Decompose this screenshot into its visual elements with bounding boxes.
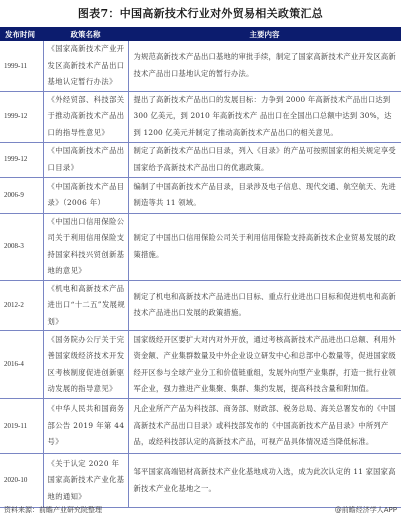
- cell-content: 制定了高新技术产品出口目录，列入《目录》的产品可按照国家的相关规定享受国家给予高…: [128, 142, 401, 177]
- cell-content: 邹平国家高端铝材高新技术产业化基地成功入选，成为此次认定的 11 家国家高新技术…: [128, 454, 401, 508]
- brand-watermark: @前瞻经济学人APP: [335, 505, 397, 515]
- cell-content: 提出了高新技术产品出口的发展目标：力争到 2000 年高新技术产品出口达到 30…: [128, 91, 401, 142]
- cell-content: 凡企业所产产品为科技部、商务部、财政部、税务总局、海关总署发布的《中国高新技术产…: [128, 399, 401, 454]
- cell-date: 1999-11: [0, 41, 43, 91]
- cell-policy-name: 《中华人民共和国商务部公告 2019 年第 44 号》: [43, 399, 128, 454]
- cell-content: 制定了机电和高新技术产品进出口目标、重点行业进出口目标和促进机电和高新技术产品进…: [128, 280, 401, 331]
- cell-policy-name: 《国务院办公厅关于完善国家级经济技术开发区考核制度促进创新驱动发展的指导意见》: [43, 331, 128, 399]
- cell-date: 2006-9: [0, 177, 43, 213]
- cell-date: 1999-12: [0, 91, 43, 142]
- table-row: 2019-11 《中华人民共和国商务部公告 2019 年第 44 号》 凡企业所…: [0, 399, 401, 454]
- cell-policy-name: 《机电和高新技术产品进出口“十二五”发展规划》: [43, 280, 128, 331]
- source-note: 资料来源：前瞻产业研究院整理: [4, 505, 102, 515]
- cell-policy-name: 《外经贸部、科技部关于推动高新技术产品出口的指导性意见》: [43, 91, 128, 142]
- cell-date: 1999-12: [0, 142, 43, 177]
- cell-date: 2008-3: [0, 213, 43, 280]
- table-header-row: 发布时间 政策名称 主要内容: [0, 27, 401, 41]
- cell-content: 为规范高新技术产品出口基地的审批手续，制定了国家高新技术产业开发区高新技术产品出…: [128, 41, 401, 91]
- cell-date: 2020-10: [0, 454, 43, 508]
- cell-policy-name: 《中国高新技术产品出口目录》: [43, 142, 128, 177]
- table-row: 2012-2 《机电和高新技术产品进出口“十二五”发展规划》 制定了机电和高新技…: [0, 280, 401, 331]
- cell-policy-name: 《中国出口信用保险公司关于利用信用保险支持国家科技兴贸创新基地的意见》: [43, 213, 128, 280]
- cell-policy-name: 《中国高新技术产品目录》（2006 年）: [43, 177, 128, 213]
- cell-date: 2012-2: [0, 280, 43, 331]
- header-main-content: 主要内容: [128, 27, 401, 41]
- table-row: 1999-12 《外经贸部、科技部关于推动高新技术产品出口的指导性意见》 提出了…: [0, 91, 401, 142]
- cell-policy-name: 《关于认定 2020 年国家高新技术产业化基地的通知》: [43, 454, 128, 508]
- cell-content: 编制了中国高新技术产品目录，目录涉及电子信息、现代交通、航空航天、先进制造等共 …: [128, 177, 401, 213]
- cell-policy-name: 《国家高新技术产业开发区高新技术产品出口基地认定暂行办法》: [43, 41, 128, 91]
- header-policy-name: 政策名称: [43, 27, 128, 41]
- table-row: 2020-10 《关于认定 2020 年国家高新技术产业化基地的通知》 邹平国家…: [0, 454, 401, 508]
- cell-date: 2019-11: [0, 399, 43, 454]
- table-row: 2008-3 《中国出口信用保险公司关于利用信用保险支持国家科技兴贸创新基地的意…: [0, 213, 401, 280]
- cell-date: 2016-4: [0, 331, 43, 399]
- cell-content: 制定了中国出口信用保险公司关于利用信用保险支持高新技术企业贸易发展的政策措施。: [128, 213, 401, 280]
- figure-title: 图表7：中国高新技术行业对外贸易相关政策汇总: [0, 5, 401, 21]
- footer: 资料来源：前瞻产业研究院整理 @前瞻经济学人APP: [4, 505, 397, 515]
- table-row: 2016-4 《国务院办公厅关于完善国家级经济技术开发区考核制度促进创新驱动发展…: [0, 331, 401, 399]
- table-row: 1999-11 《国家高新技术产业开发区高新技术产品出口基地认定暂行办法》 为规…: [0, 41, 401, 91]
- table-row: 1999-12 《中国高新技术产品出口目录》 制定了高新技术产品出口目录，列入《…: [0, 142, 401, 177]
- header-date: 发布时间: [0, 27, 43, 41]
- table-row: 2006-9 《中国高新技术产品目录》（2006 年） 编制了中国高新技术产品目…: [0, 177, 401, 213]
- cell-content: 国家级经开区要扩大对内对外开放，通过考核高新技术产品进出口总额、利用外资金额、产…: [128, 331, 401, 399]
- policy-table: 发布时间 政策名称 主要内容 1999-11 《国家高新技术产业开发区高新技术产…: [0, 27, 401, 508]
